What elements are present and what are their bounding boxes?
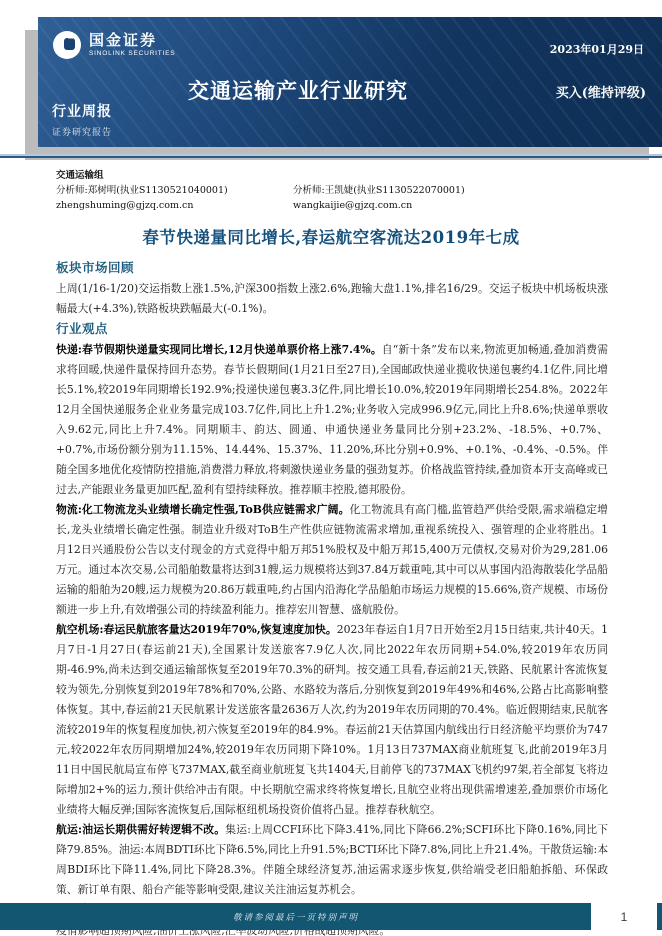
market-review-text: 上周(1/16-1/20)交运指数上涨1.5%,沪深300指数上涨2.6%,跑输…	[56, 279, 608, 319]
paragraph-shipping-lead: 航运:油运长期供需好转逻辑不改。	[56, 823, 225, 836]
page-number: 1	[591, 903, 657, 930]
section-heading-market-review: 板块市场回顾	[56, 258, 608, 279]
report-category-label: 证券研究报告	[52, 125, 112, 138]
analyst-name-1: 分析师:郑树明(执业S1130521040001)	[56, 183, 293, 198]
report-series-title: 交通运输产业行业研究	[188, 75, 408, 105]
logo-text-en: SINOLINK SECURITIES	[89, 51, 175, 58]
analyst-name-2: 分析师:王凯婕(执业S1130522070001)	[293, 183, 622, 198]
paragraph-aviation-lead: 航空机场:春运民航旅客量达2019年70%,恢复速度加快。	[56, 623, 337, 636]
report-type-label: 行业周报	[52, 101, 112, 121]
paragraph-express-text: 自“新十条”发布以来,物流更加畅通,叠加消费需求将回暖,快递件量保持回升态势。春…	[56, 343, 608, 496]
paragraph-logistics-lead: 物流:化工物流龙头业绩增长确定性强,ToB供应链需求广阔。	[56, 503, 350, 516]
company-logo: 国金证券 SINOLINK SECURITIES	[52, 30, 175, 60]
paragraph-express-lead: 快递:春节假期快递量实现同比增长,12月快递单票价格上涨7.4%。	[56, 343, 382, 356]
analyst-block: 交通运输组 分析师:郑树明(执业S1130521040001) 分析师:王凯婕(…	[56, 168, 622, 213]
logo-text-cn: 国金证券	[89, 33, 175, 48]
footer-disclaimer: 敬请参阅最后一页特别声明	[0, 903, 592, 930]
article-title: 春节快递量同比增长,春运航空客流达2019年七成	[0, 224, 662, 248]
analyst-team: 交通运输组	[56, 168, 622, 183]
rating-badge: 买入(维持评级)	[556, 82, 646, 101]
paragraph-express: 快递:春节假期快递量实现同比增长,12月快递单票价格上涨7.4%。自“新十条”发…	[56, 340, 608, 500]
paragraph-logistics-text: 化工物流具有高门槛,监管趋严供给受限,需求端稳定增长,龙头业绩增长确定性强。制造…	[56, 503, 608, 616]
header-banner: 国金证券 SINOLINK SECURITIES 2023年01月29日 交通运…	[38, 17, 662, 147]
header-divider	[0, 156, 662, 158]
paragraph-logistics: 物流:化工物流龙头业绩增长确定性强,ToB供应链需求广阔。化工物流具有高门槛,监…	[56, 500, 608, 620]
report-body: 板块市场回顾 上周(1/16-1/20)交运指数上涨1.5%,沪深300指数上涨…	[56, 258, 608, 936]
sinolink-logo-icon	[52, 30, 82, 60]
paragraph-aviation-text: 2023年春运自1月7日开始至2月15日结束,共计40天。1月7日-1月27日(…	[56, 623, 608, 816]
analyst-email-1: zhengshuming@gjzq.com.cn	[56, 198, 293, 213]
section-heading-industry-view: 行业观点	[56, 319, 608, 340]
paragraph-shipping: 航运:油运长期供需好转逻辑不改。集运:上周CCFI环比下降3.41%,同比下降6…	[56, 820, 608, 900]
footer-bar: 敬请参阅最后一页特别声明 1	[0, 903, 662, 930]
paragraph-aviation: 航空机场:春运民航旅客量达2019年70%,恢复速度加快。2023年春运自1月7…	[56, 620, 608, 820]
analyst-email-2: wangkaijie@gjzq.com.cn	[293, 198, 622, 213]
report-date: 2023年01月29日	[550, 41, 644, 57]
report-page: 国金证券 SINOLINK SECURITIES 2023年01月29日 交通运…	[0, 0, 662, 936]
